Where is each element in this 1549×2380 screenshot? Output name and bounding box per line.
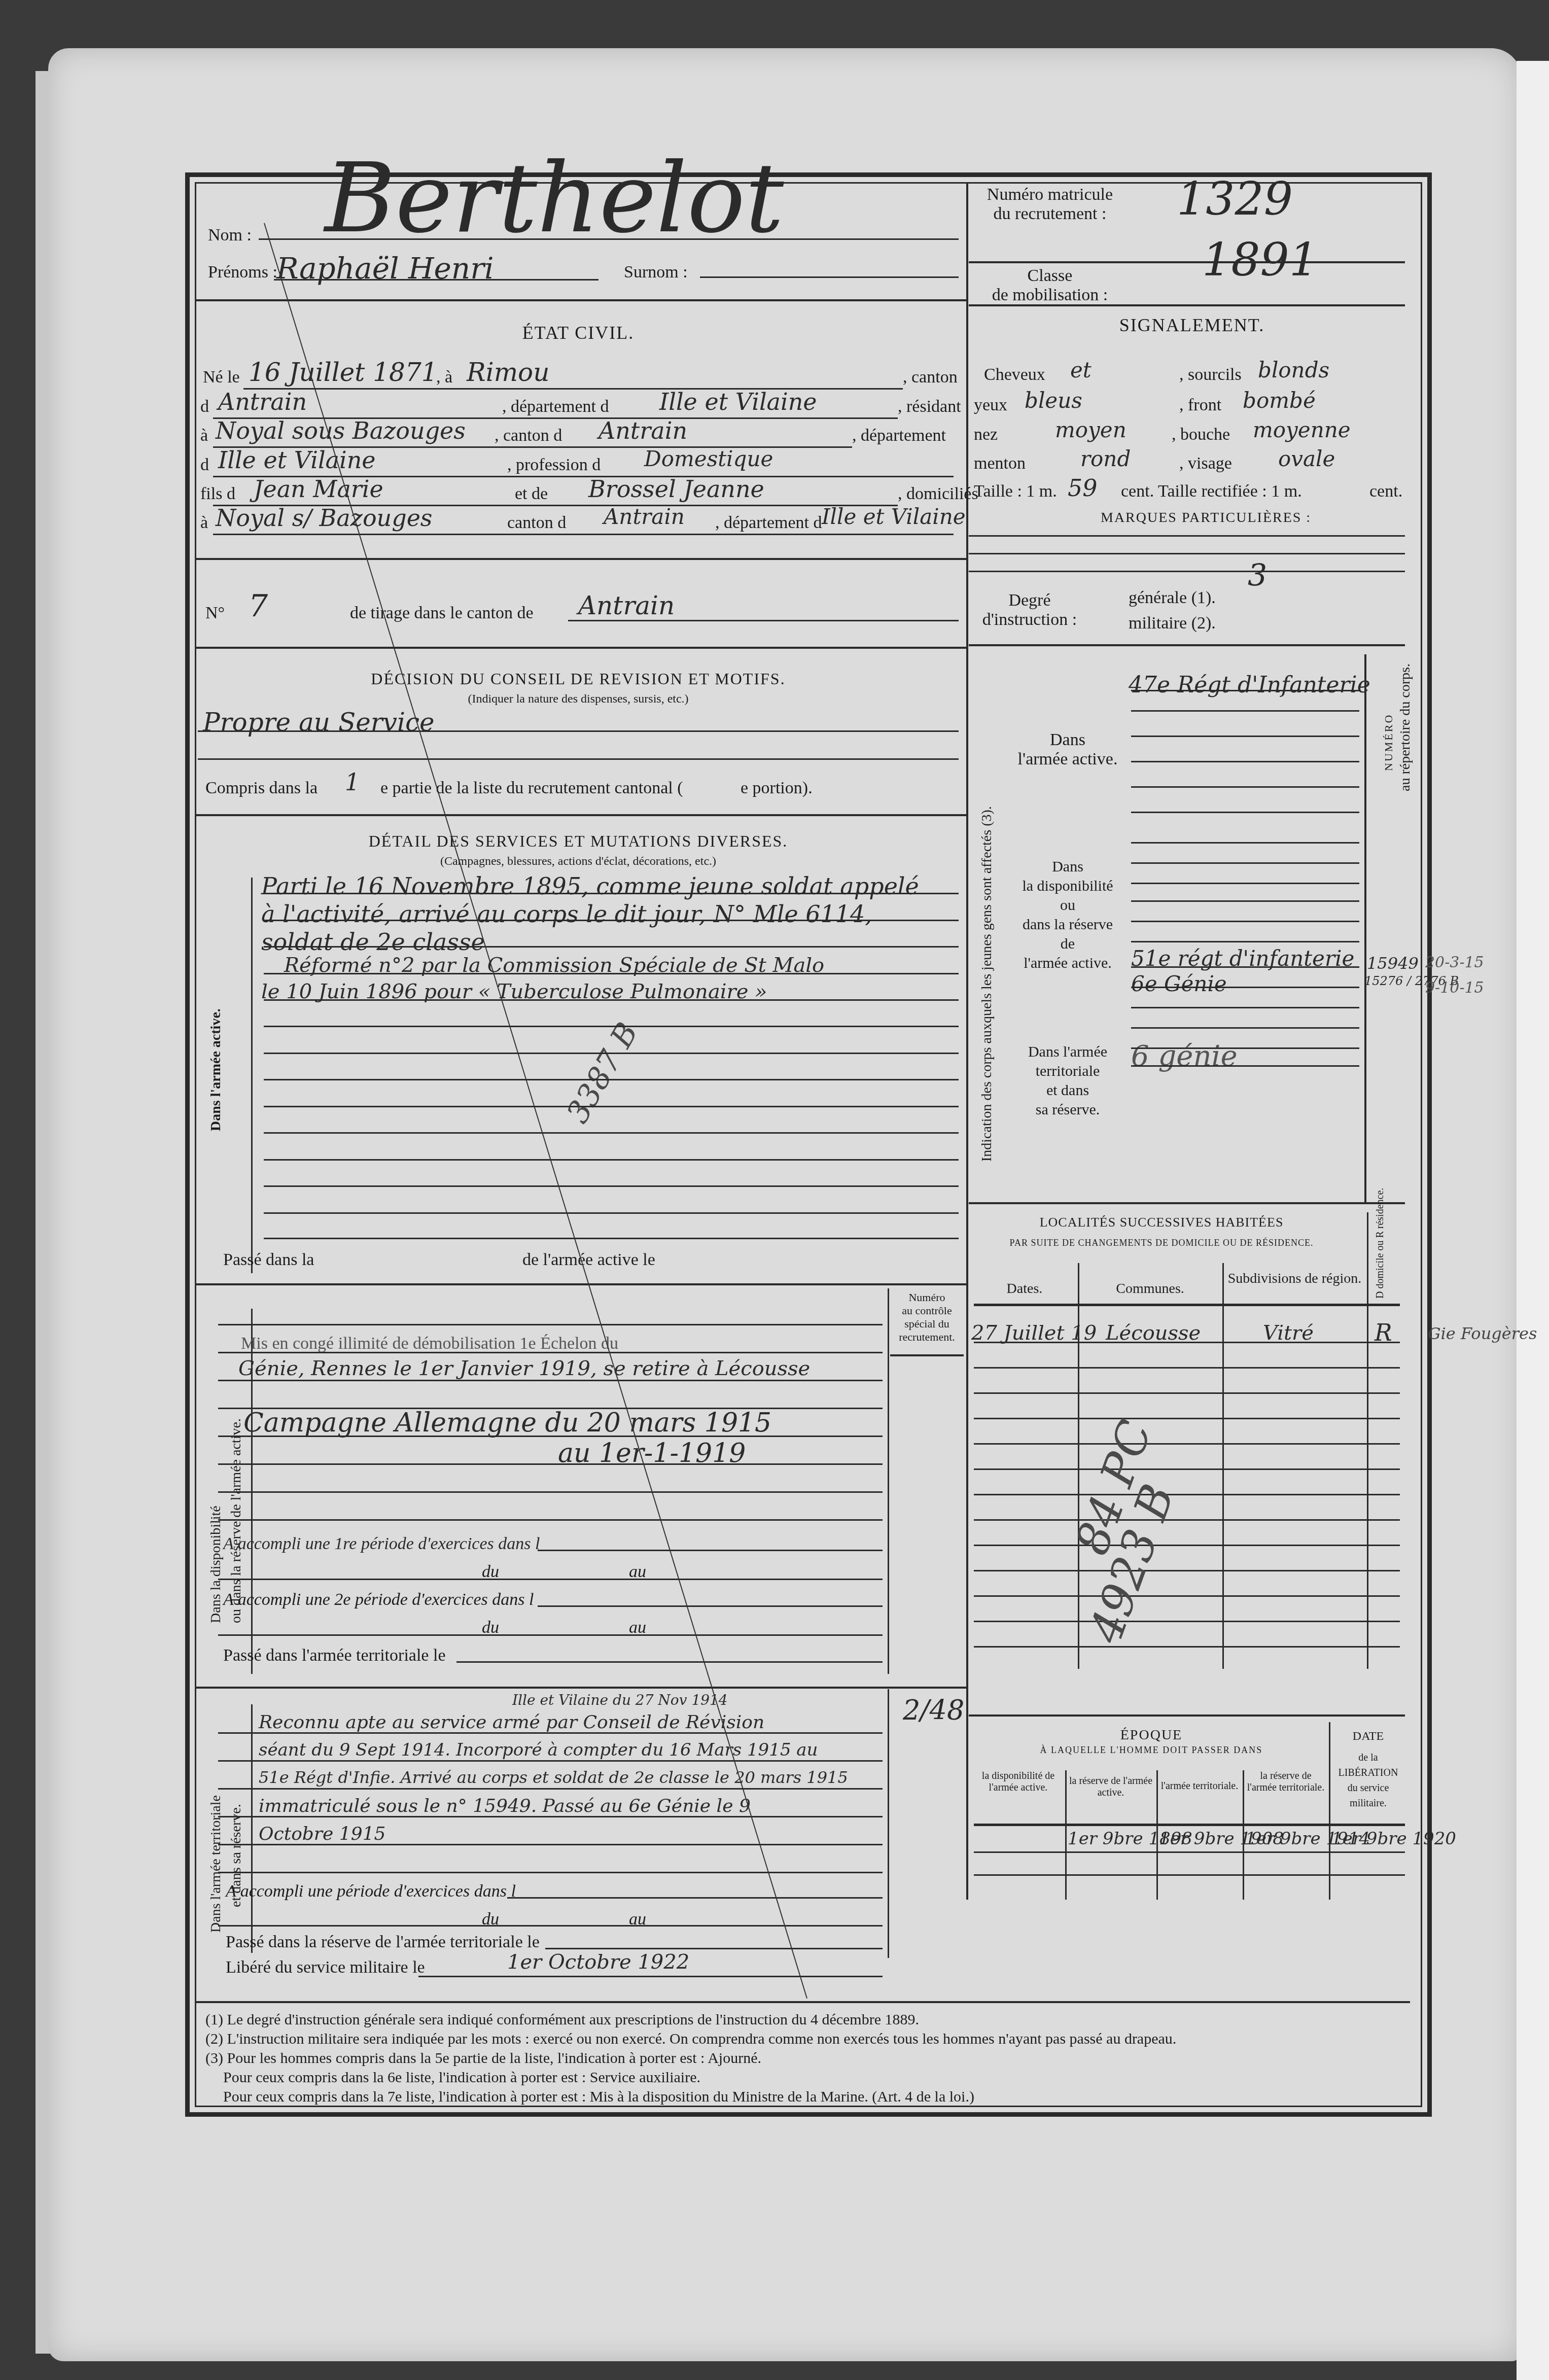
rule — [1131, 966, 1359, 968]
rule — [974, 1595, 1400, 1597]
rule — [974, 1443, 1400, 1445]
rule — [264, 1185, 959, 1187]
active-label-line: l'armée active. — [1009, 750, 1126, 769]
territoriale-line: 51e Régt d'Infie. Arrivé au corps et sol… — [259, 1768, 848, 1787]
territoriale-periode-label: A accompli une période d'exercices dans … — [226, 1882, 516, 1901]
localites-subtitle: PAR SUITE DE CHANGEMENTS DE DOMICILE OU … — [974, 1238, 1349, 1248]
numero-header-line: Numéro — [890, 1291, 964, 1304]
rule — [264, 1106, 959, 1107]
dispo-conge-line2: Génie, Rennes le 1er Janvier 1919, se re… — [238, 1357, 810, 1380]
territoriale-line: Reconnu apte au service armé par Conseil… — [259, 1712, 764, 1733]
cent-label: cent. — [1369, 482, 1402, 501]
rule — [974, 1570, 1400, 1571]
res-canton-label: , canton d — [495, 426, 562, 445]
yeux-value: bleus — [1025, 388, 1082, 413]
rule — [974, 1392, 1400, 1394]
localites-margin-note: Gie Fougères — [1428, 1324, 1537, 1343]
rule — [538, 1605, 883, 1607]
instruction-label-line1: Degré — [979, 591, 1080, 610]
menton-label: menton — [974, 454, 1026, 473]
instruction-generale-label: générale (1). — [1129, 588, 1216, 608]
front-value: bombé — [1243, 388, 1316, 413]
canton-d-label: d — [200, 397, 209, 416]
compris-label-c: e portion). — [741, 779, 813, 798]
rule — [213, 505, 898, 506]
dispo-label-line: dans la réserve — [1009, 915, 1126, 934]
divider — [969, 1714, 1405, 1717]
rule — [974, 1468, 1400, 1470]
rule — [218, 1634, 883, 1636]
departement-label: , département d — [502, 397, 609, 416]
divider — [969, 304, 1405, 306]
matricule-label: Numéro matricule du recrutement : — [974, 185, 1126, 224]
instruction-label-line2: d'instruction : — [979, 610, 1080, 629]
cheveux-value: et — [1070, 358, 1092, 382]
rule — [264, 1079, 959, 1080]
passe-territoriale-label: Passé dans l'armée territoriale le — [223, 1646, 446, 1665]
compris-partie-value: 1 — [345, 768, 360, 796]
epoque-col-4: la réserve de l'armée territoriale. — [1245, 1770, 1326, 1794]
rule — [1131, 1065, 1359, 1067]
numero-column-divider — [1364, 654, 1366, 1202]
rule — [974, 1646, 1400, 1648]
rule — [545, 1948, 883, 1949]
header-rule — [974, 1304, 1400, 1306]
periode2-label: A accompli une 2e période d'exercices da… — [223, 1590, 534, 1609]
prenoms-label: Prénoms : — [208, 263, 277, 282]
numero-column-divider — [888, 1689, 889, 1958]
instruction-generale-value: 3 — [1248, 558, 1267, 593]
side-bracket — [251, 878, 253, 1273]
bouche-label: , bouche — [1172, 425, 1230, 444]
liberation-sub: de la LIBÉRATION du service militaire. — [1331, 1750, 1405, 1811]
fils-label: fils d — [200, 484, 235, 504]
territoriale-line: immatriculé sous le n° 15949. Passé au 6… — [259, 1796, 751, 1816]
rule — [264, 1212, 959, 1214]
rule — [974, 1519, 1400, 1521]
numero-repertoire-sub: au répertoire du corps. — [1397, 663, 1414, 791]
prenoms-line — [274, 279, 599, 281]
territoriale-label-line: et dans — [1009, 1081, 1126, 1100]
services-passe-label-b: de l'armée active le — [522, 1250, 655, 1270]
rule — [974, 1418, 1400, 1419]
nom-value: Berthelot — [325, 142, 784, 254]
territoriale-annotation: Ille et Vilaine du 27 Nov 1914 — [512, 1692, 728, 1708]
libere-label: Libéré du service militaire le — [226, 1958, 425, 1977]
dispo-campagne-line1: Campagne Allemagne du 20 mars 1915 — [243, 1408, 771, 1438]
divider — [195, 814, 966, 816]
rule — [1131, 941, 1359, 942]
rule — [1131, 921, 1359, 922]
residant-value: Noyal sous Bazouges — [216, 417, 466, 444]
rule — [974, 1621, 1400, 1622]
ne-le-value: 16 Juillet 1871 — [249, 358, 438, 387]
header-rule — [974, 1824, 1405, 1826]
classe-value: 1891 — [1202, 233, 1318, 287]
res-departement-label: , département — [852, 426, 946, 445]
divider — [195, 647, 966, 649]
rule — [1131, 842, 1359, 844]
nez-label: nez — [974, 425, 998, 444]
rule — [218, 1760, 883, 1762]
rule — [538, 1550, 883, 1551]
libere-value: 1er Octobre 1922 — [507, 1950, 689, 1974]
rule — [218, 1352, 883, 1353]
rule — [218, 1519, 883, 1521]
dispo-label-line: l'armée active. — [1009, 954, 1126, 973]
footnote-2: (2) L'instruction militaire sera indiqué… — [205, 2031, 1176, 2048]
footnote-4: Pour ceux compris dans la 6e liste, l'in… — [223, 2069, 700, 2086]
rule — [1131, 900, 1359, 902]
rule — [218, 1380, 883, 1381]
sourcils-value: blonds — [1258, 358, 1329, 382]
matricule-label-line2: du recrutement : — [974, 204, 1126, 224]
dom-dept-value: Ille et Vilaine — [822, 504, 966, 529]
territoriale-line: Octobre 1915 — [259, 1824, 385, 1844]
mere-value: Brossel Jeanne — [588, 475, 764, 503]
rule — [213, 417, 898, 419]
ne-le-label: Né le — [203, 368, 240, 387]
services-title: DÉTAIL DES SERVICES ET MUTATIONS DIVERSE… — [193, 832, 964, 851]
margin-date-1: 20-3-15 — [1425, 954, 1484, 971]
rule — [1131, 1047, 1359, 1049]
liberation-sub-line: de la — [1331, 1750, 1405, 1765]
rule — [264, 1132, 959, 1134]
corps-territoriale-value-2: 6e Génie — [1131, 971, 1227, 996]
signalement-title: SIGNALEMENT. — [974, 314, 1410, 336]
rule — [456, 1661, 883, 1663]
rule — [1131, 812, 1359, 813]
rule — [218, 1324, 883, 1325]
rule — [1131, 710, 1359, 712]
rule — [218, 1408, 883, 1409]
tirage-no-label: N° — [205, 604, 225, 623]
divider — [969, 261, 1405, 263]
col-divider — [1329, 1722, 1330, 1900]
footnote-3: (3) Pour les hommes compris dans la 5e p… — [205, 2050, 761, 2067]
services-subtitle: (Campagnes, blessures, actions d'éclat, … — [193, 855, 964, 868]
compris-label-b: e partie de la liste du recrutement cant… — [380, 779, 683, 798]
decision-value: Propre au Service — [203, 708, 435, 737]
front-label: , front — [1179, 396, 1221, 415]
matricule-label-line1: Numéro matricule — [974, 185, 1126, 204]
rule — [213, 446, 852, 448]
divider — [969, 1202, 1405, 1204]
compris-label-a: Compris dans la — [205, 779, 318, 798]
rule — [218, 1463, 883, 1465]
territoriale-numero: 2/48 — [903, 1694, 964, 1726]
dom-value: Noyal s/ Bazouges — [216, 504, 432, 532]
dom-a-label: à — [200, 513, 208, 533]
liberation-sub-line: LIBÉRATION — [1331, 1765, 1405, 1780]
localites-col-dates: Dates. — [974, 1281, 1075, 1297]
divider — [195, 558, 966, 560]
rule — [264, 946, 959, 948]
rule — [1131, 690, 1359, 691]
instruction-militaire-label: militaire (2). — [1129, 614, 1216, 633]
margin-date-2: 9-10-15 — [1425, 979, 1484, 997]
rule — [213, 534, 954, 535]
taille-value: 59 — [1068, 474, 1098, 502]
surnom-line — [700, 276, 959, 278]
services-passe-label-a: Passé dans la — [223, 1250, 314, 1270]
numero-header-line: spécial du — [890, 1317, 964, 1331]
rule — [264, 1159, 959, 1161]
page-edge-right — [1517, 61, 1549, 2380]
classe-label-line2: de mobilisation : — [974, 286, 1126, 305]
rule — [974, 1851, 1405, 1853]
services-line: soldat de 2e classe — [261, 928, 485, 956]
rule — [198, 730, 959, 732]
rule — [218, 1579, 883, 1580]
corps-numero-1: 15949 — [1367, 954, 1419, 973]
numero-repertoire-label: NUMÉRO — [1382, 714, 1395, 771]
nez-value: moyen — [1055, 417, 1126, 442]
et-de-label: et de — [515, 484, 548, 504]
col-divider — [1367, 1212, 1368, 1669]
rule — [264, 973, 959, 974]
rule — [264, 999, 959, 1001]
divider — [969, 571, 1405, 572]
epoque-col-3: l'armée territoriale. — [1159, 1780, 1240, 1792]
territoriale-label-line: territoriale — [1009, 1062, 1126, 1081]
bouche-value: moyenne — [1253, 417, 1351, 442]
localites-col-dr: D domicile ou R résidence. — [1375, 1207, 1386, 1299]
services-side-label: Dans l'armée active. — [208, 1008, 224, 1131]
col-divider — [1222, 1263, 1224, 1669]
rule — [1131, 761, 1359, 762]
divider — [969, 644, 1405, 646]
territoriale-line: séant du 9 Sept 1914. Incorporé à compte… — [259, 1740, 818, 1760]
dispo-side-label-1: Dans la disponibilité — [208, 1506, 224, 1623]
marques-label: MARQUES PARTICULIÈRES : — [1101, 510, 1311, 526]
corps-side-label: Indication des corps auxquels les jeunes… — [979, 806, 995, 1162]
rule — [218, 1925, 883, 1927]
taille-rectifiee-label: cent. Taille rectifiée : 1 m. — [1121, 482, 1302, 501]
passe-reserve-label: Passé dans la réserve de l'armée territo… — [226, 1933, 540, 1952]
rule — [218, 1732, 883, 1734]
numero-header-line: au contrôle — [890, 1304, 964, 1317]
rule — [568, 620, 959, 621]
footnote-5: Pour ceux compris dans la 7e liste, l'in… — [223, 2088, 974, 2106]
departement-value: Ille et Vilaine — [659, 388, 817, 415]
res-dept-value: Ille et Vilaine — [218, 446, 376, 474]
divider — [195, 2001, 1410, 2003]
rule — [198, 758, 959, 760]
a-value: Rimou — [467, 358, 549, 387]
footnote-1: (1) Le degré d'instruction générale sera… — [205, 2011, 919, 2028]
periode1-label: A accompli une 1re période d'exercices d… — [223, 1534, 540, 1554]
decision-title: DÉCISION DU CONSEIL DE REVISION ET MOTIF… — [193, 670, 964, 688]
dispo-label-line: la disponibilité — [1009, 877, 1126, 896]
services-line: Parti le 16 Novembre 1895, comme jeune s… — [261, 872, 919, 900]
domicilies-label: , domiciliés — [898, 484, 978, 504]
profession-label: , profession d — [507, 456, 601, 475]
divider — [969, 535, 1405, 537]
liberation-sub-line: militaire. — [1331, 1796, 1405, 1811]
rule — [264, 1053, 959, 1054]
liberation-value: 1er 9bre 1920 — [1331, 1829, 1456, 1849]
rule — [1131, 736, 1359, 737]
corps-active-value: 47e Régt d'Infanterie — [1129, 672, 1370, 698]
etat-civil-title: ÉTAT CIVIL. — [193, 322, 964, 343]
nom-line — [259, 238, 959, 240]
surnom-label: Surnom : — [624, 263, 688, 282]
menton-value: rond — [1080, 446, 1131, 471]
dom-canton-value: Antrain — [604, 504, 685, 529]
rule — [218, 1491, 883, 1493]
corps-dispo-label: Dans la disponibilité ou dans la réserve… — [1009, 857, 1126, 973]
rule — [1131, 1007, 1359, 1008]
rule — [974, 1545, 1400, 1546]
rule — [974, 1494, 1400, 1495]
liberation-title: DATE — [1331, 1730, 1405, 1743]
corps-territoriale-value-4: 6 génie — [1131, 1040, 1238, 1073]
canton-label: , canton — [903, 368, 958, 387]
divider — [969, 553, 1405, 554]
residant-label: , résidant — [898, 397, 961, 416]
dispo-label-line: Dans — [1009, 857, 1126, 877]
epoque-title: ÉPOQUE — [974, 1727, 1329, 1743]
rule — [974, 1874, 1405, 1876]
rule — [974, 1342, 1400, 1343]
classe-label-line1: Classe — [974, 266, 1126, 286]
divider — [195, 1283, 966, 1285]
divider — [195, 1687, 966, 1689]
res-canton-value: Antrain — [599, 417, 687, 444]
rule — [264, 1238, 959, 1239]
divider — [890, 1354, 964, 1356]
active-label-line: Dans — [1009, 730, 1126, 750]
yeux-label: yeux — [974, 396, 1007, 415]
numero-column-divider — [888, 1288, 889, 1674]
rule — [1131, 862, 1359, 864]
numero-label-line1: NUMÉRO — [1382, 714, 1395, 771]
corps-territoriale-label: Dans l'armée territoriale et dans sa rés… — [1009, 1042, 1126, 1119]
rule — [974, 1367, 1400, 1369]
dispo-numero-header: Numéro au contrôle spécial du recrutemen… — [890, 1291, 964, 1344]
corps-active-label: Dans l'armée active. — [1009, 730, 1126, 769]
a-label: , à — [436, 368, 452, 387]
pere-value: Jean Marie — [254, 475, 383, 503]
numero-header-line: recrutement. — [890, 1331, 964, 1344]
res-dept-d-label: d — [200, 456, 209, 475]
rule — [1131, 1027, 1359, 1029]
rule — [218, 1844, 883, 1845]
rule — [264, 920, 959, 921]
matricule-value: 1329 — [1177, 172, 1293, 226]
visage-label: , visage — [1179, 454, 1232, 473]
profession-value: Domestique — [644, 446, 773, 471]
taille-label: Taille : 1 m. — [974, 482, 1057, 501]
liberation-sub-line: du service — [1331, 1780, 1405, 1796]
dom-canton-label: canton d — [507, 513, 566, 533]
divider — [195, 299, 966, 301]
territoriale-label-line: Dans l'armée — [1009, 1042, 1126, 1062]
rule — [243, 388, 903, 390]
rule — [264, 893, 959, 894]
epoque-col-1: la disponibilité de l'armée active. — [974, 1770, 1063, 1794]
rule — [218, 1436, 883, 1437]
instruction-label: Degré d'instruction : — [979, 591, 1080, 629]
col-divider — [1065, 1770, 1067, 1900]
classe-label: Classe de mobilisation : — [974, 266, 1126, 305]
dispo-label-line: ou — [1009, 896, 1126, 915]
rule — [213, 476, 954, 477]
visage-value: ovale — [1278, 446, 1335, 471]
rule — [507, 1897, 883, 1899]
rule — [418, 1976, 883, 1977]
localites-col-subdivisions: Subdivisions de région. — [1225, 1271, 1364, 1287]
side-bracket — [251, 1704, 253, 1953]
rule — [218, 1816, 883, 1817]
dispo-conge-stamp: Mis en congé illimité de démobilisation … — [241, 1334, 618, 1353]
nom-label: Nom : — [208, 226, 252, 245]
localites-col-communes: Communes. — [1080, 1281, 1220, 1297]
rule — [264, 1026, 959, 1027]
sourcils-label: , sourcils — [1179, 365, 1242, 384]
decision-subtitle: (Indiquer la nature des dispenses, sursi… — [193, 692, 964, 706]
canton-value: Antrain — [218, 388, 307, 415]
rule — [218, 1788, 883, 1790]
epoque-subtitle: À LAQUELLE L'HOMME DOIT PASSER DANS — [974, 1745, 1329, 1756]
column-divider — [966, 183, 968, 1900]
residant-a-label: à — [200, 426, 208, 445]
tirage-no-value: 7 — [249, 588, 268, 624]
cheveux-label: Cheveux — [984, 365, 1045, 384]
epoque-col-2: la réserve de l'armée active. — [1068, 1775, 1154, 1799]
dispo-label-line: de — [1009, 934, 1126, 954]
tirage-label: de tirage dans le canton de — [350, 604, 534, 623]
dom-dept-label: , département d — [715, 513, 822, 533]
rule — [1131, 786, 1359, 788]
localites-title: LOCALITÉS SUCCESSIVES HABITÉES — [974, 1215, 1349, 1230]
tirage-canton-value: Antrain — [578, 591, 675, 620]
rule — [1131, 883, 1359, 884]
services-line: à l'activité, arrivé au corps le dit jou… — [261, 900, 872, 928]
territoriale-label-line: sa réserve. — [1009, 1100, 1126, 1119]
rule — [218, 1872, 883, 1873]
rule — [1131, 987, 1359, 988]
